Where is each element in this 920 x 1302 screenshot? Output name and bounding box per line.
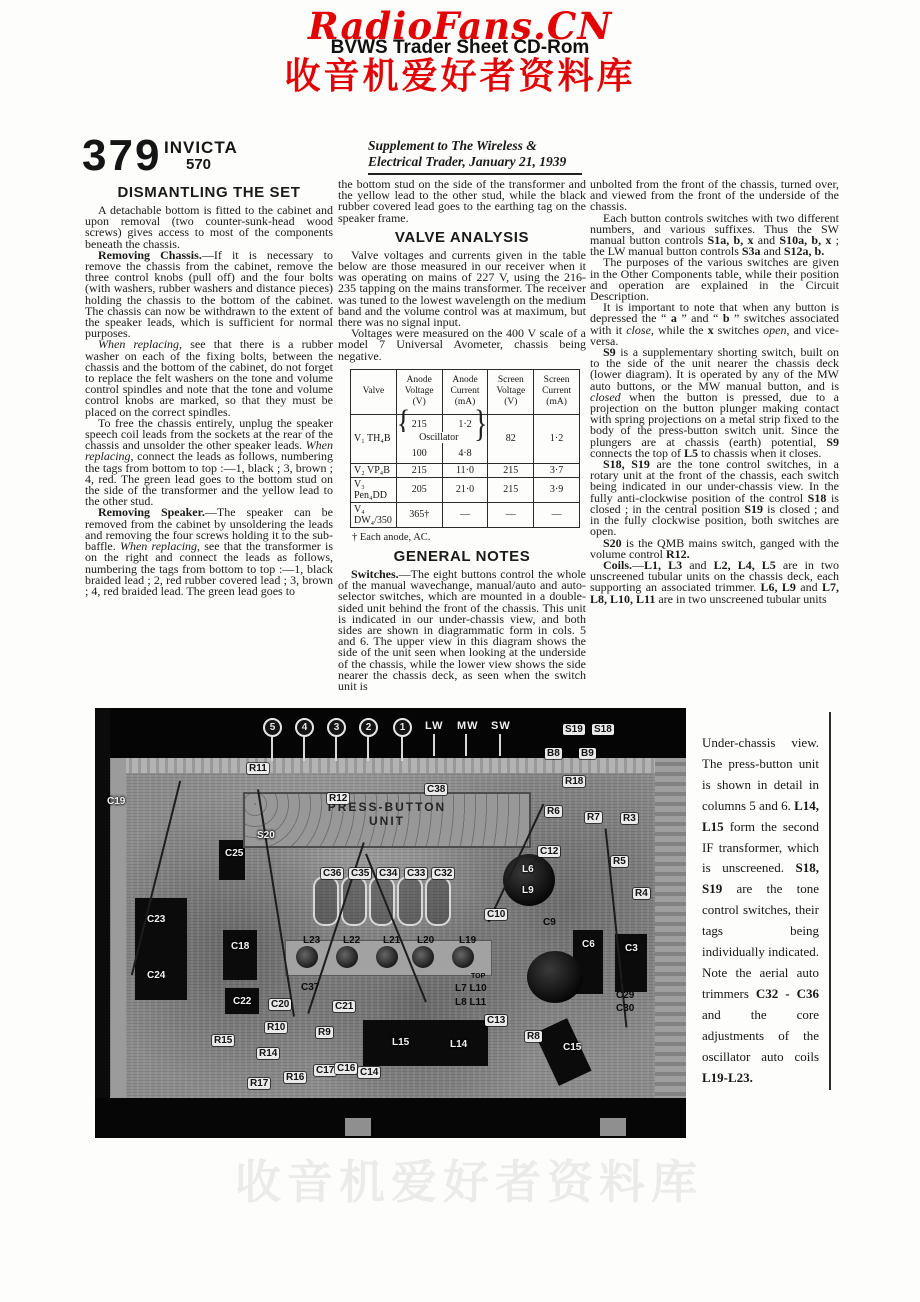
brace-left: { xyxy=(397,417,410,432)
photo-label-c32: C32 xyxy=(432,868,454,879)
photo-label-r14: R14 xyxy=(257,1048,279,1059)
photo-label-c24: C24 xyxy=(147,970,165,981)
text-segment: open xyxy=(763,323,786,337)
right-column-rule xyxy=(829,712,831,1090)
press-button-unit-panel: PRESS-BUTTON UNIT xyxy=(243,792,531,848)
photo-label-c29: C29 xyxy=(616,990,634,1001)
waveband-label-lw: LW xyxy=(425,720,444,732)
text-segment: are the tone control switches, their tag… xyxy=(702,881,819,1001)
table-cell: { 215 100 Oscillator xyxy=(396,414,442,463)
text-segment: , while the xyxy=(651,323,708,337)
photo-label-c33: C33 xyxy=(405,868,427,879)
photo-label-c35: C35 xyxy=(349,868,371,879)
valve-row: V₂ VP₄B21511·02153·7 xyxy=(351,463,580,477)
text-segment: —If it is necessary to remove the chassi… xyxy=(85,248,333,340)
photo-label-b9: B9 xyxy=(579,748,596,759)
coil-l19 xyxy=(452,946,474,968)
text-segment: , see that there is a rubber washer on e… xyxy=(85,337,333,418)
coil-l23 xyxy=(296,946,318,968)
photo-label-c34: C34 xyxy=(377,868,399,879)
capacitor-block-c18 xyxy=(223,930,257,980)
photo-label-r7: R7 xyxy=(585,812,602,823)
table-header-cell: Screen Voltage (V) xyxy=(488,369,534,414)
paragraph: Each button controls switches with two d… xyxy=(590,213,839,258)
brace-right: } xyxy=(474,417,487,432)
photo-label-l8-l11: L8 L11 xyxy=(455,997,486,1008)
paragraph: Switches.—The eight buttons control the … xyxy=(338,569,586,692)
if-transformer-block xyxy=(363,1020,488,1066)
photo-left-margin xyxy=(95,708,110,1138)
paragraph: Removing Chassis.—If it is necessary to … xyxy=(85,250,333,340)
photo-label-l9: L9 xyxy=(522,885,534,896)
anode-current-bottom: 4·8 xyxy=(443,448,488,459)
chassis-left-rail xyxy=(111,758,126,1106)
paragraph: the bottom stud on the side of the trans… xyxy=(338,179,586,224)
chassis-rear-rail xyxy=(111,758,686,773)
table-cell: — xyxy=(534,502,580,527)
coil-l21 xyxy=(376,946,398,968)
text-segment: Voltages were measured on the 400 V scal… xyxy=(338,326,586,362)
photo-label-r11: R11 xyxy=(247,763,269,774)
photo-label-c6: C6 xyxy=(582,939,595,950)
paragraph: When replacing, see that there is a rubb… xyxy=(85,339,333,417)
photo-label-s20: S20 xyxy=(257,830,275,841)
text-segment: when the button is pressed, due to a pro… xyxy=(590,390,839,449)
photo-label-r4: R4 xyxy=(633,888,650,899)
under-chassis-photo: PRESS-BUTTON UNIT 54321 LWMWSW S19S18B8B… xyxy=(95,708,686,1138)
table-header-cell: Valve xyxy=(351,369,397,414)
text-segment: unbolted from the front of the chassis, … xyxy=(590,177,839,213)
photo-label-l15: L15 xyxy=(392,1037,409,1048)
photo-label-r16: R16 xyxy=(284,1072,306,1083)
text-segment: L19-L23. xyxy=(702,1070,753,1085)
set-model: 570 xyxy=(186,156,211,173)
text-segment: S9 xyxy=(826,435,839,449)
photo-label-c20: C20 xyxy=(269,999,291,1010)
table-cell: 82 xyxy=(488,414,534,463)
chassis-foot xyxy=(600,1118,626,1136)
photo-label-c22: C22 xyxy=(233,996,251,1007)
supplement-line-1: Supplement to The Wireless & xyxy=(368,138,582,154)
text-segment: —The eight buttons control the whole of … xyxy=(338,567,586,693)
photo-label-r18: R18 xyxy=(563,776,585,787)
capacitor-block-c25 xyxy=(219,840,245,880)
text-segment: is a supplementary shorting switch, buil… xyxy=(590,345,839,393)
table-header-cell: Screen Current (mA) xyxy=(534,369,580,414)
supplement-note: Supplement to The Wireless & Electrical … xyxy=(368,138,582,175)
push-button-1: 1 xyxy=(393,718,412,737)
table-cell: 11·0 xyxy=(442,463,488,477)
coil-can-l6-l9 xyxy=(503,854,555,906)
table-cell: — xyxy=(442,502,488,527)
trimmer-c33 xyxy=(397,876,423,926)
table-cell: 205 xyxy=(396,477,442,502)
paragraph: It is important to note that when any bu… xyxy=(590,302,839,347)
photo-label-l20: L20 xyxy=(417,935,434,946)
paragraph: S18, S19 are the tone control switches, … xyxy=(590,459,839,537)
supplement-line-2: Electrical Trader, January 21, 1939 xyxy=(368,154,582,170)
waveband-label-sw: SW xyxy=(491,720,511,732)
anode-voltage-bottom: 100 xyxy=(397,448,442,459)
valve-row: V₃ Pen₄DD20521·02153·9 xyxy=(351,477,580,502)
photo-label-c18: C18 xyxy=(231,941,249,952)
photo-label-c15: C15 xyxy=(563,1042,581,1053)
photo-label-r15: R15 xyxy=(212,1035,234,1046)
valve-row-v1: V₁ TH₄B { 215 100 Oscillator 1·2 4·8 } xyxy=(351,414,580,463)
photo-label-c36: C36 xyxy=(321,868,343,879)
text-segment: Valve voltages and currents given in the… xyxy=(338,248,586,329)
text-segment: the bottom stud on the side of the trans… xyxy=(338,177,586,225)
photo-label-c13: C13 xyxy=(485,1015,507,1026)
paragraph: Removing Speaker.—The speaker can be rem… xyxy=(85,507,333,597)
sheet-number: 379 xyxy=(82,131,161,181)
column-2-lower: GENERAL NOTESSwitches.—The eight buttons… xyxy=(338,548,586,692)
paragraph: Coils.—L1, L3 and L2, L4, L5 are in two … xyxy=(590,560,839,605)
table-footnote: † Each anode, AC. xyxy=(352,532,586,543)
table-cell: 3·9 xyxy=(534,477,580,502)
column-2-upper: the bottom stud on the side of the trans… xyxy=(338,179,586,362)
photo-bottom-band xyxy=(95,1098,686,1138)
valve-analysis-table: ValveAnode Voltage (V)Anode Current (mA)… xyxy=(350,369,580,528)
table-cell: V₂ VP₄B xyxy=(351,463,397,477)
photo-label-c25: C25 xyxy=(225,848,243,859)
table-cell: 3·7 xyxy=(534,463,580,477)
text-segment: close xyxy=(626,323,651,337)
photo-label-s19: S19 xyxy=(563,724,585,735)
trimmer-c36 xyxy=(313,876,339,926)
photo-label-top: TOP xyxy=(471,973,485,980)
photo-label-r10: R10 xyxy=(265,1022,287,1033)
photo-label-l14: L14 xyxy=(450,1039,467,1050)
table-cell: V₁ TH₄B xyxy=(351,414,397,463)
column-1: DISMANTLING THE SETA detachable bottom i… xyxy=(85,179,333,597)
table-cell: 21·0 xyxy=(442,477,488,502)
photo-label-c9: C9 xyxy=(543,917,556,928)
photo-label-c10: C10 xyxy=(485,909,507,920)
text-segment: To free the chassis entirely, unplug the… xyxy=(85,416,333,452)
watermark-text: 收音机爱好者资料库 xyxy=(235,1146,703,1212)
paragraph: S20 is the QMB mains switch, ganged with… xyxy=(590,538,839,560)
photo-label-r12: R12 xyxy=(327,793,349,804)
photo-label-r3: R3 xyxy=(621,813,638,824)
push-button-4: 4 xyxy=(295,718,314,737)
section-heading: DISMANTLING THE SET xyxy=(85,184,333,201)
table-header-row: ValveAnode Voltage (V)Anode Current (mA)… xyxy=(351,369,580,414)
photo-label-r9: R9 xyxy=(316,1027,333,1038)
coil-l22 xyxy=(336,946,358,968)
photo-label-c17: C17 xyxy=(314,1065,336,1076)
photo-label-r5: R5 xyxy=(611,856,628,867)
text-segment: C32 - C36 xyxy=(756,986,819,1001)
photo-label-c19: C19 xyxy=(107,796,125,807)
paragraph: To free the chassis entirely, unplug the… xyxy=(85,418,333,508)
photo-label-c12: C12 xyxy=(538,846,560,857)
table-cell: 215 xyxy=(488,477,534,502)
table-cell: V₃ Pen₄DD xyxy=(351,477,397,502)
push-button-3: 3 xyxy=(327,718,346,737)
valve-row: V₄ DW₄/350365†——— xyxy=(351,502,580,527)
photo-label-l23: L23 xyxy=(303,935,320,946)
photo-label-l19: L19 xyxy=(459,935,476,946)
paragraph: A detachable bottom is fitted to the cab… xyxy=(85,205,333,250)
press-button-unit-label-2: UNIT xyxy=(245,814,529,828)
cdrom-tagline: BVWS Trader Sheet CD-Rom xyxy=(0,37,920,59)
photo-caption: Under-chassis view. The press-button uni… xyxy=(702,733,819,1088)
text-segment: The purposes of the various switches are… xyxy=(590,255,839,303)
waveband-label-mw: MW xyxy=(457,720,479,732)
photo-label-l21: L21 xyxy=(383,935,400,946)
section-heading: VALVE ANALYSIS xyxy=(338,229,586,246)
table-cell: — xyxy=(488,502,534,527)
paragraph: The purposes of the various switches are… xyxy=(590,257,839,302)
trimmer-c32 xyxy=(425,876,451,926)
photo-label-c3: C3 xyxy=(625,943,638,954)
text-segment: switches xyxy=(714,323,764,337)
paragraph: Voltages were measured on the 400 V scal… xyxy=(338,328,586,362)
photo-label-s18: S18 xyxy=(592,724,614,735)
photo-label-l22: L22 xyxy=(343,935,360,946)
press-button-unit-label-1: PRESS-BUTTON xyxy=(245,800,529,814)
column-3: unbolted from the front of the chassis, … xyxy=(590,179,839,605)
photo-label-c38: C38 xyxy=(425,784,447,795)
photo-label-c21: C21 xyxy=(333,1001,355,1012)
column-2: the bottom stud on the side of the trans… xyxy=(338,179,586,692)
table-cell: 215 xyxy=(488,463,534,477)
photo-label-r6: R6 xyxy=(545,806,562,817)
photo-label-c16: C16 xyxy=(335,1063,357,1074)
paragraph: Valve voltages and currents given in the… xyxy=(338,250,586,328)
photo-label-c23: C23 xyxy=(147,914,165,925)
scanned-service-sheet-page: { "header": { "site": "RadioFans.CN", "t… xyxy=(0,0,920,1302)
table-cell: 1·2 xyxy=(534,414,580,463)
text-segment: and the core adjustments of the oscillat… xyxy=(702,1007,819,1064)
table-cell: 365† xyxy=(396,502,442,527)
coil-can-c9-area xyxy=(527,951,583,1003)
table-cell: 215 xyxy=(396,463,442,477)
push-button-5: 5 xyxy=(263,718,282,737)
paragraph: unbolted from the front of the chassis, … xyxy=(590,179,839,213)
photo-label-r17: R17 xyxy=(248,1078,270,1089)
photo-label-top: TOP xyxy=(617,979,631,986)
chassis-foot xyxy=(345,1118,371,1136)
photo-label-l7-l10: L7 L10 xyxy=(455,983,487,994)
section-heading: GENERAL NOTES xyxy=(338,548,586,565)
paragraph: S9 is a supplementary shorting switch, b… xyxy=(590,347,839,459)
photo-label-c14: C14 xyxy=(358,1067,380,1078)
chassis-right-rail xyxy=(655,758,686,1106)
table-cell: V₄ DW₄/350 xyxy=(351,502,397,527)
photo-label-c37: C37 xyxy=(301,982,319,993)
photo-label-b8: B8 xyxy=(545,748,562,759)
push-button-2: 2 xyxy=(359,718,378,737)
coil-l20 xyxy=(412,946,434,968)
text-segment: A detachable bottom is fitted to the cab… xyxy=(85,203,333,251)
oscillator-note: Oscillator xyxy=(402,432,476,443)
text-segment: are in two unscreened tubular units xyxy=(655,592,826,606)
set-brand: INVICTA xyxy=(164,138,238,158)
photo-label-r8: R8 xyxy=(525,1031,542,1042)
photo-label-l6: L6 xyxy=(522,864,534,875)
photo-label-c30: C30 xyxy=(616,1003,634,1014)
